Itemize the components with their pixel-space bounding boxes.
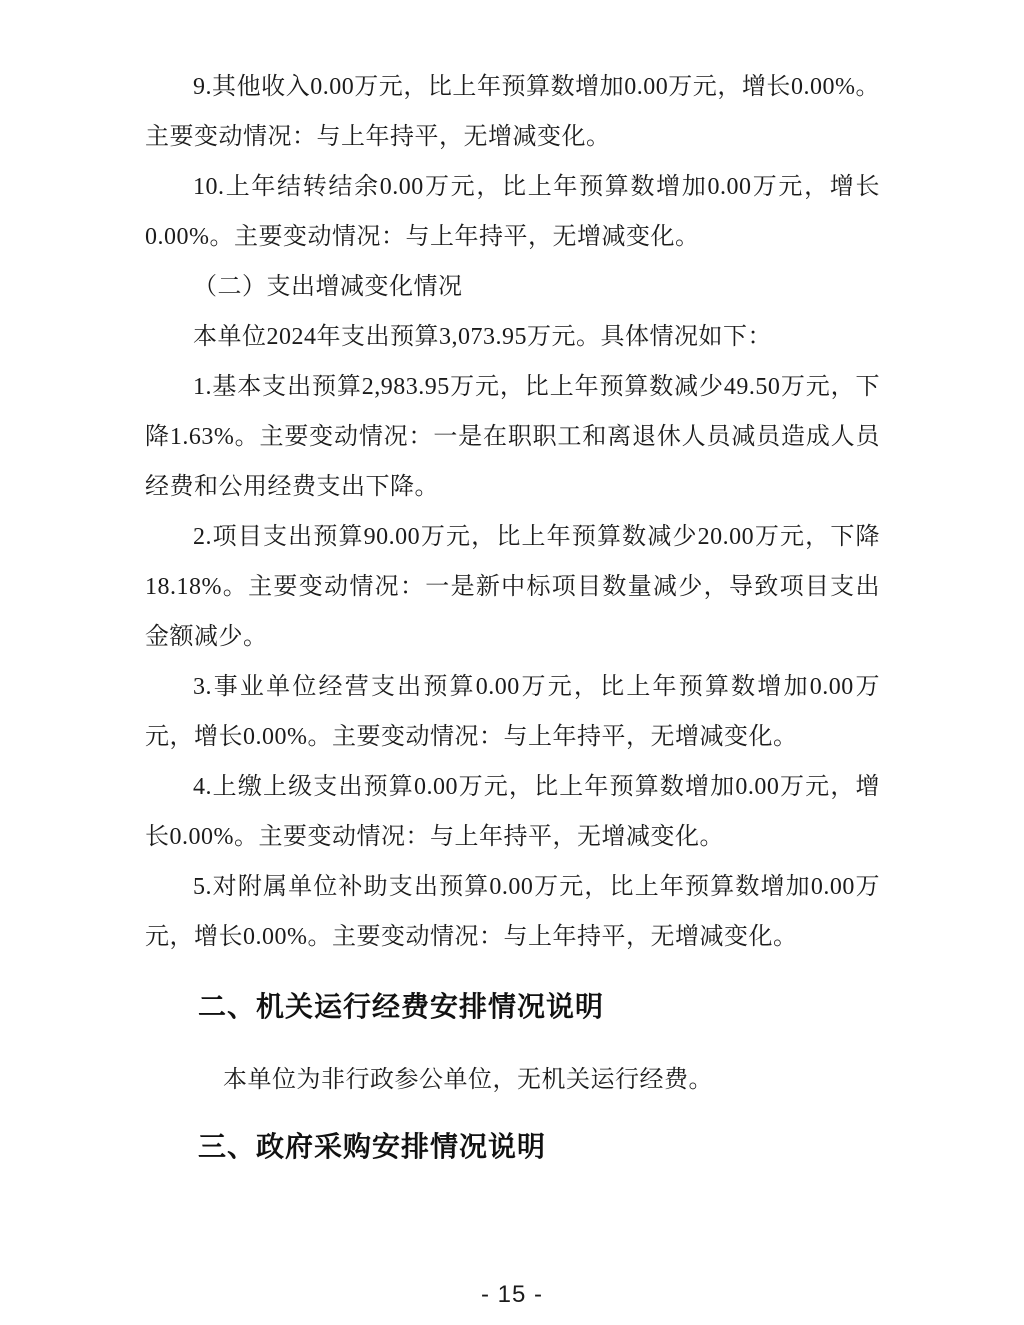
heading-section-2-operating-funds: 二、机关运行经费安排情况说明 xyxy=(145,982,880,1032)
paragraph-item-4-upward-payment: 4.上缴上级支出预算0.00万元，比上年预算数增加0.00万元，增长0.00%。… xyxy=(145,762,880,862)
paragraph-item-3-operating-expenditure: 3.事业单位经营支出预算0.00万元，比上年预算数增加0.00万元，增长0.00… xyxy=(145,662,880,762)
paragraph-item-1-basic-expenditure: 1.基本支出预算2,983.95万元，比上年预算数减少49.50万元，下降1.6… xyxy=(145,362,880,512)
paragraph-no-operating-funds: 本单位为非行政参公单位，无机关运行经费。 xyxy=(145,1055,880,1105)
paragraph-item-2-project-expenditure: 2.项目支出预算90.00万元，比上年预算数减少20.00万元，下降18.18%… xyxy=(145,512,880,662)
page-number: - 15 - xyxy=(0,1281,1024,1309)
paragraph-subsection-2-title: （二）支出增减变化情况 xyxy=(145,262,880,312)
heading-section-3-government-procurement: 三、政府采购安排情况说明 xyxy=(145,1122,880,1172)
paragraph-item-10-carryover: 10.上年结转结余0.00万元，比上年预算数增加0.00万元，增长0.00%。主… xyxy=(145,162,880,262)
paragraph-item-9-other-income: 9.其他收入0.00万元，比上年预算数增加0.00万元，增长0.00%。主要变动… xyxy=(145,62,880,162)
paragraph-item-5-subsidy-expenditure: 5.对附属单位补助支出预算0.00万元，比上年预算数增加0.00万元，增长0.0… xyxy=(145,862,880,962)
document-page: 9.其他收入0.00万元，比上年预算数增加0.00万元，增长0.00%。主要变动… xyxy=(0,0,1024,1325)
paragraph-expenditure-summary: 本单位2024年支出预算3,073.95万元。具体情况如下： xyxy=(145,312,880,362)
